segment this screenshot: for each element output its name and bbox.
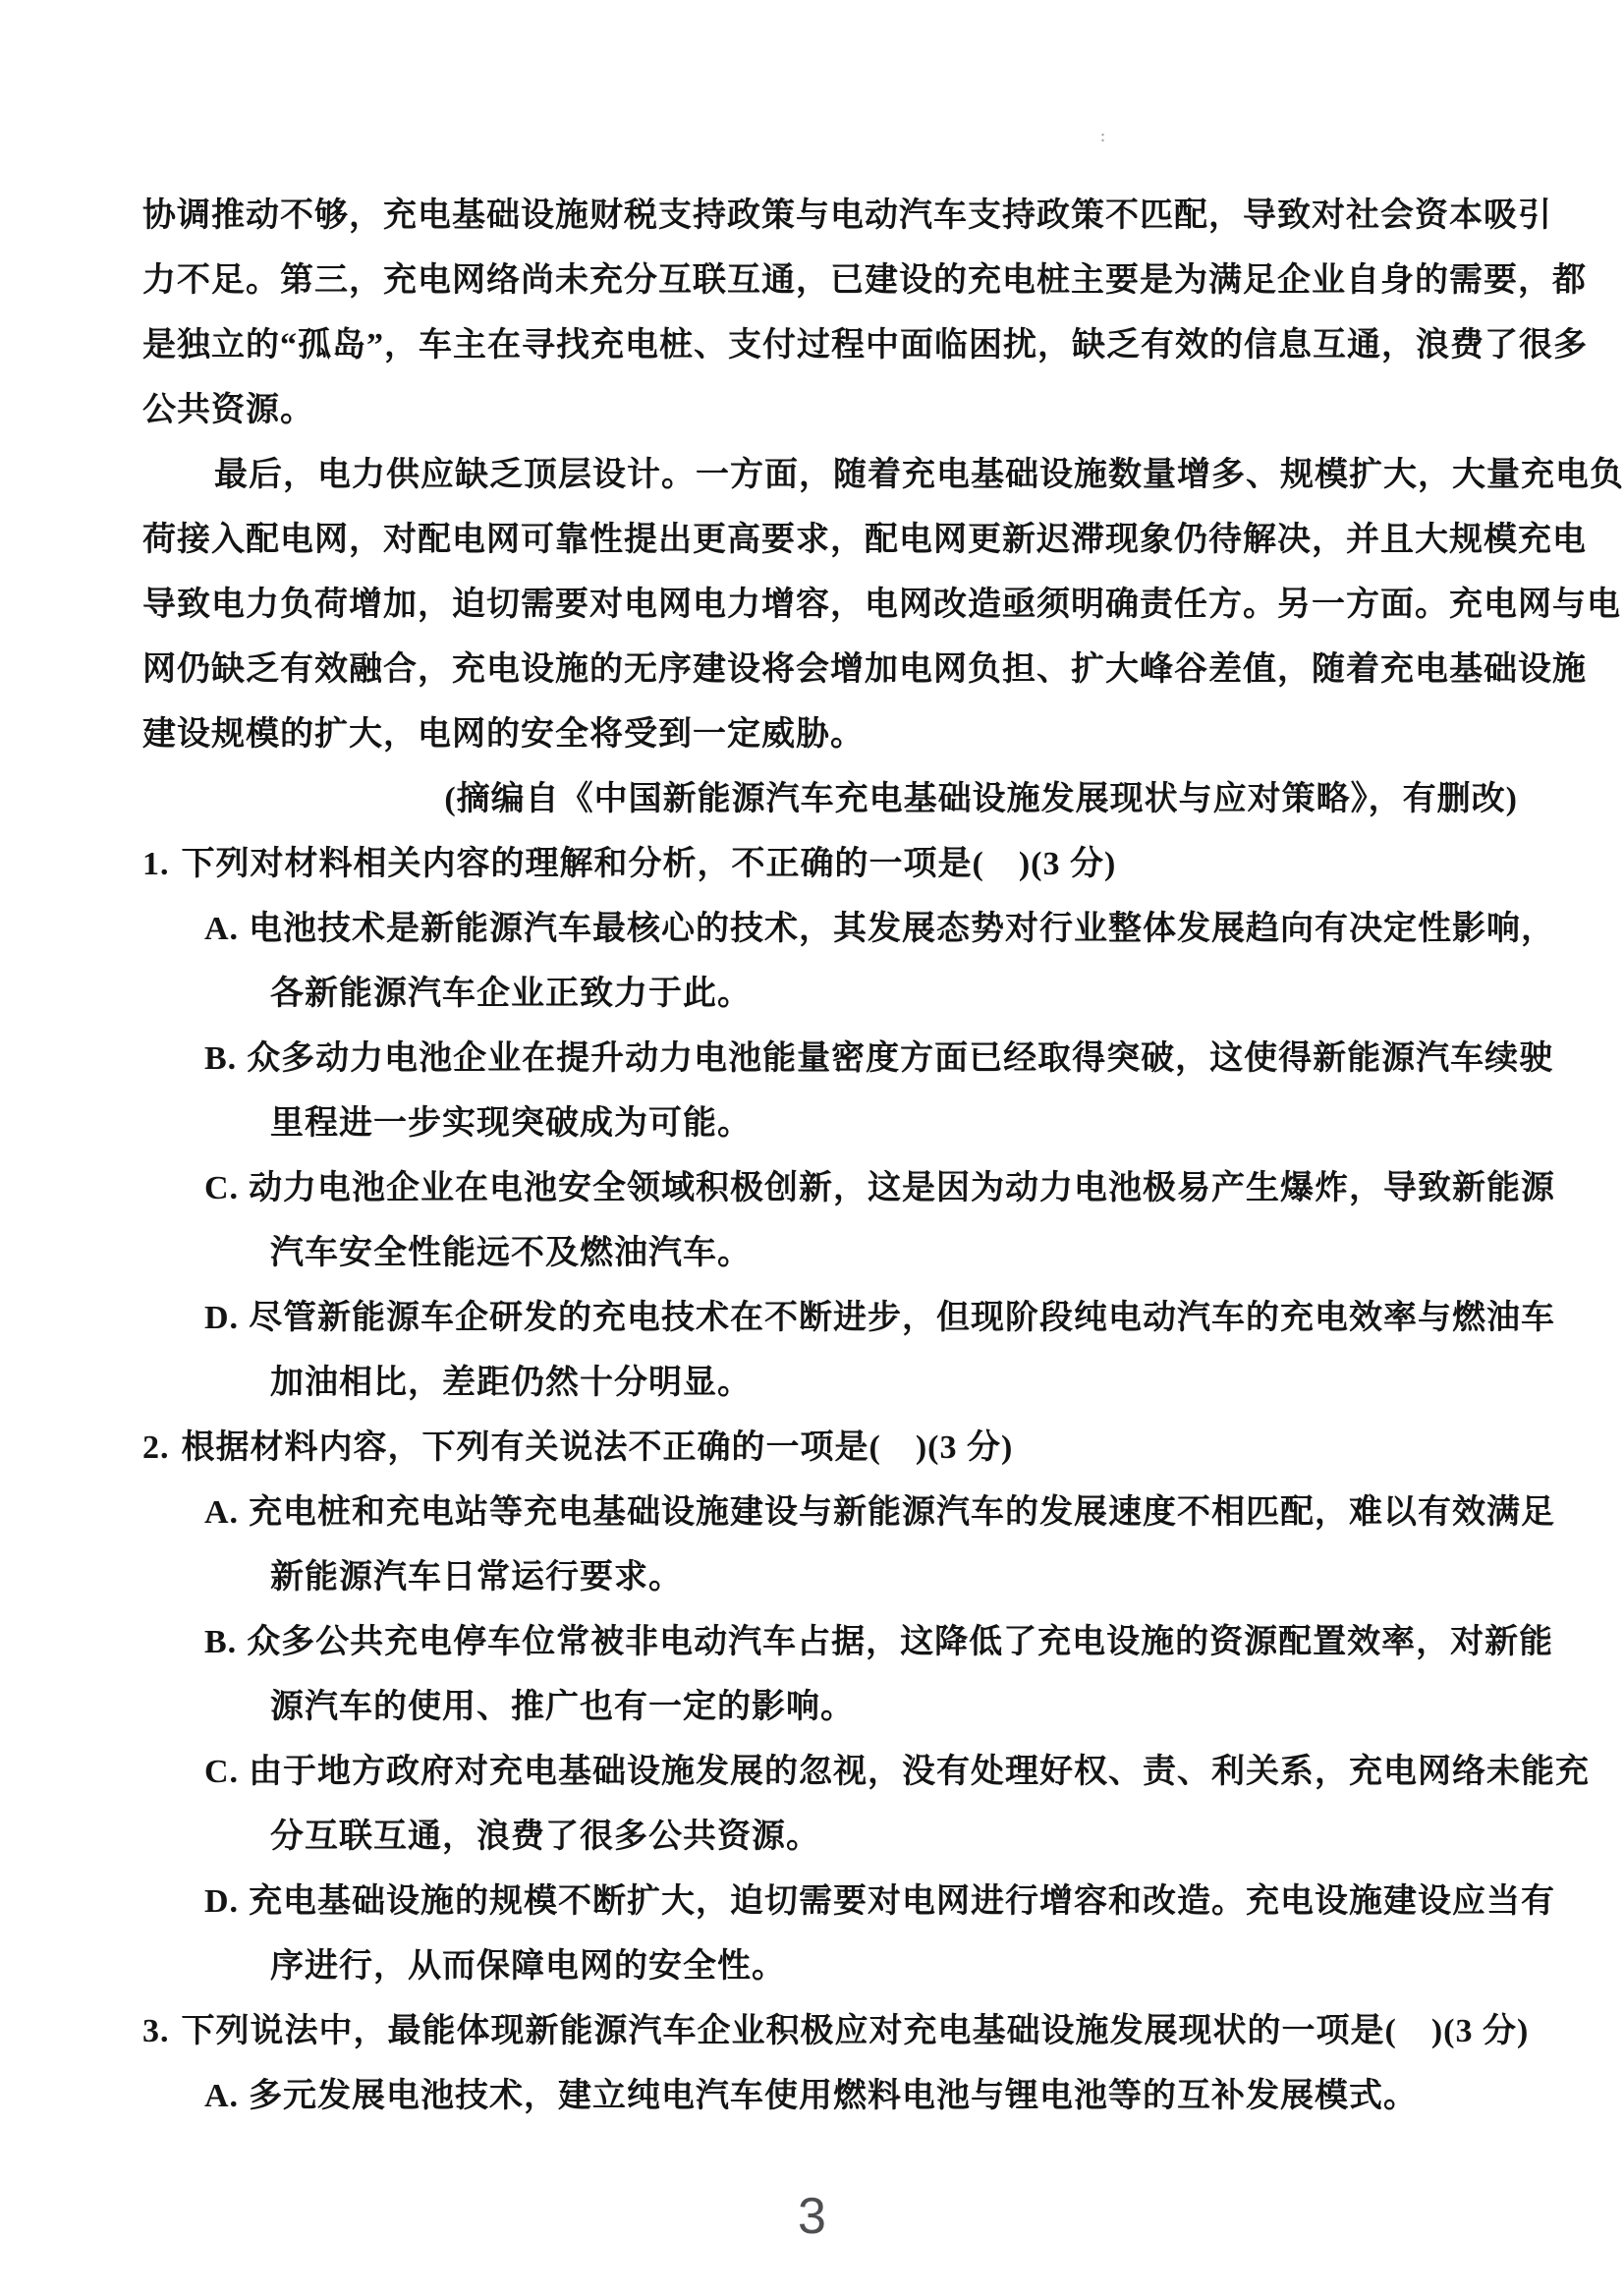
question-1-option-a-continuation: 各新能源汽车企业正致力于此。 — [142, 962, 1518, 1027]
option-text: 电池技术是新能源汽车最核心的技术，其发展态势对行业整体发展趋向有决定性影响， — [249, 911, 1555, 947]
question-1-stem: 1.下列对材料相关内容的理解和分析，不正确的一项是( )(3 分) — [142, 832, 1518, 897]
question-3-stem-text: 下列说法中，最能体现新能源汽车企业积极应对充电基础设施发展现状的一项是( )(3… — [182, 2013, 1530, 2049]
question-2-option-b-continuation: 源汽车的使用、推广也有一定的影响。 — [142, 1675, 1518, 1740]
question-2-option-c: C.由于地方政府对充电基础设施发展的忽视，没有处理好权、责、利关系，充电网络未能… — [142, 1740, 1518, 1805]
question-2-option-d-continuation: 序进行，从而保障电网的安全性。 — [142, 1934, 1518, 1999]
option-label: B. — [204, 1040, 237, 1077]
question-2-stem: 2.根据材料内容，下列有关说法不正确的一项是( )(3 分) — [142, 1416, 1518, 1481]
passage-line: 是独立的“孤岛”，车主在寻找充电桩、支付过程中面临困扰，缺乏有效的信息互通，浪费… — [142, 313, 1518, 378]
passage-and-questions: 协调推动不够，充电基础设施财税支持政策与电动汽车支持政策不匹配，导致对社会资本吸… — [142, 184, 1518, 2129]
passage-line: 建设规模的扩大，电网的安全将受到一定威胁。 — [142, 702, 1518, 767]
option-label: D. — [204, 1300, 239, 1336]
option-text: 多元发展电池技术，建立纯电汽车使用燃料电池与锂电池等的互补发展模式。 — [249, 2078, 1418, 2114]
question-1-option-b: B.众多动力电池企业在提升动力电池能量密度方面已经取得突破，这使得新能源汽车续驶 — [142, 1027, 1518, 1092]
question-2-option-b: B.众多公共充电停车位常被非电动汽车占据，这降低了充电设施的资源配置效率，对新能 — [142, 1610, 1518, 1675]
passage-line: 荷接入配电网，对配电网可靠性提出更高要求，配电网更新迟滞现象仍待解决，并且大规模… — [142, 508, 1518, 573]
question-2-number: 2. — [142, 1429, 170, 1466]
question-2-option-a: A.充电桩和充电站等充电基础设施建设与新能源汽车的发展速度不相匹配，难以有效满足 — [142, 1481, 1518, 1545]
passage-line: 网仍缺乏有效融合，充电设施的无序建设将会增加电网负担、扩大峰谷差值，随着充电基础… — [142, 638, 1518, 702]
option-text: 由于地方政府对充电基础设施发展的忽视，没有处理好权、责、利关系，充电网络未能充 — [249, 1754, 1590, 1790]
option-label: C. — [204, 1170, 239, 1206]
question-2-option-a-continuation: 新能源汽车日常运行要求。 — [142, 1545, 1518, 1610]
question-3-stem: 3.下列说法中，最能体现新能源汽车企业积极应对充电基础设施发展现状的一项是( )… — [142, 1999, 1518, 2064]
passage-line: 公共资源。 — [142, 378, 1518, 443]
option-label: B. — [204, 1624, 237, 1660]
exam-page: : 协调推动不够，充电基础设施财税支持政策与电动汽车支持政策不匹配，导致对社会资… — [0, 0, 1624, 2296]
option-text: 动力电池企业在电池安全领域积极创新，这是因为动力电池极易产生爆炸，导致新能源 — [249, 1170, 1555, 1206]
option-label: C. — [204, 1754, 239, 1790]
question-1-number: 1. — [142, 846, 170, 882]
question-1-option-d: D.尽管新能源车企研发的充电技术在不断进步，但现阶段纯电动汽车的充电效率与燃油车 — [142, 1286, 1518, 1351]
option-text: 充电桩和充电站等充电基础设施建设与新能源汽车的发展速度不相匹配，难以有效满足 — [249, 1494, 1555, 1531]
question-3-number: 3. — [142, 2013, 170, 2049]
passage-line: 力不足。第三，充电网络尚未充分互联互通，已建设的充电桩主要是为满足企业自身的需要… — [142, 249, 1518, 313]
question-1-option-d-continuation: 加油相比，差距仍然十分明显。 — [142, 1351, 1518, 1416]
question-1-option-a: A.电池技术是新能源汽车最核心的技术，其发展态势对行业整体发展趋向有决定性影响， — [142, 897, 1518, 962]
question-1-stem-text: 下列对材料相关内容的理解和分析，不正确的一项是( )(3 分) — [182, 846, 1117, 882]
question-2-stem-text: 根据材料内容，下列有关说法不正确的一项是( )(3 分) — [182, 1429, 1014, 1466]
option-text: 众多公共充电停车位常被非电动汽车占据，这降低了充电设施的资源配置效率，对新能 — [247, 1624, 1553, 1660]
question-2-option-d: D.充电基础设施的规模不断扩大，迫切需要对电网进行增容和改造。充电设施建设应当有 — [142, 1870, 1518, 1934]
question-1-option-c: C.动力电池企业在电池安全领域积极创新，这是因为动力电池极易产生爆炸，导致新能源 — [142, 1156, 1518, 1221]
question-2-option-c-continuation: 分互联互通，浪费了很多公共资源。 — [142, 1805, 1518, 1870]
option-label: D. — [204, 1883, 239, 1920]
option-label: A. — [204, 1494, 239, 1531]
page-number: 3 — [0, 2189, 1624, 2244]
question-3-option-a: A.多元发展电池技术，建立纯电汽车使用燃料电池与锂电池等的互补发展模式。 — [142, 2064, 1518, 2129]
passage-line: 最后，电力供应缺乏顶层设计。一方面，随着充电基础设施数量增多、规模扩大，大量充电… — [142, 443, 1518, 508]
option-text: 尽管新能源车企研发的充电技术在不断进步，但现阶段纯电动汽车的充电效率与燃油车 — [249, 1300, 1555, 1336]
option-label: A. — [204, 2078, 239, 2114]
scan-speck: : — [1098, 128, 1107, 145]
question-1-option-b-continuation: 里程进一步实现突破成为可能。 — [142, 1092, 1518, 1156]
option-text: 众多动力电池企业在提升动力电池能量密度方面已经取得突破，这使得新能源汽车续驶 — [247, 1040, 1553, 1077]
passage-line: 协调推动不够，充电基础设施财税支持政策与电动汽车支持政策不匹配，导致对社会资本吸… — [142, 184, 1518, 249]
question-1-option-c-continuation: 汽车安全性能远不及燃油汽车。 — [142, 1221, 1518, 1286]
passage-line: 导致电力负荷增加，迫切需要对电网电力增容，电网改造亟须明确责任方。另一方面。充电… — [142, 573, 1518, 638]
option-text: 充电基础设施的规模不断扩大，迫切需要对电网进行增容和改造。充电设施建设应当有 — [249, 1883, 1555, 1920]
option-label: A. — [204, 911, 239, 947]
passage-citation: (摘编自《中国新能源汽车充电基础设施发展现状与应对策略》，有删改) — [142, 767, 1518, 832]
